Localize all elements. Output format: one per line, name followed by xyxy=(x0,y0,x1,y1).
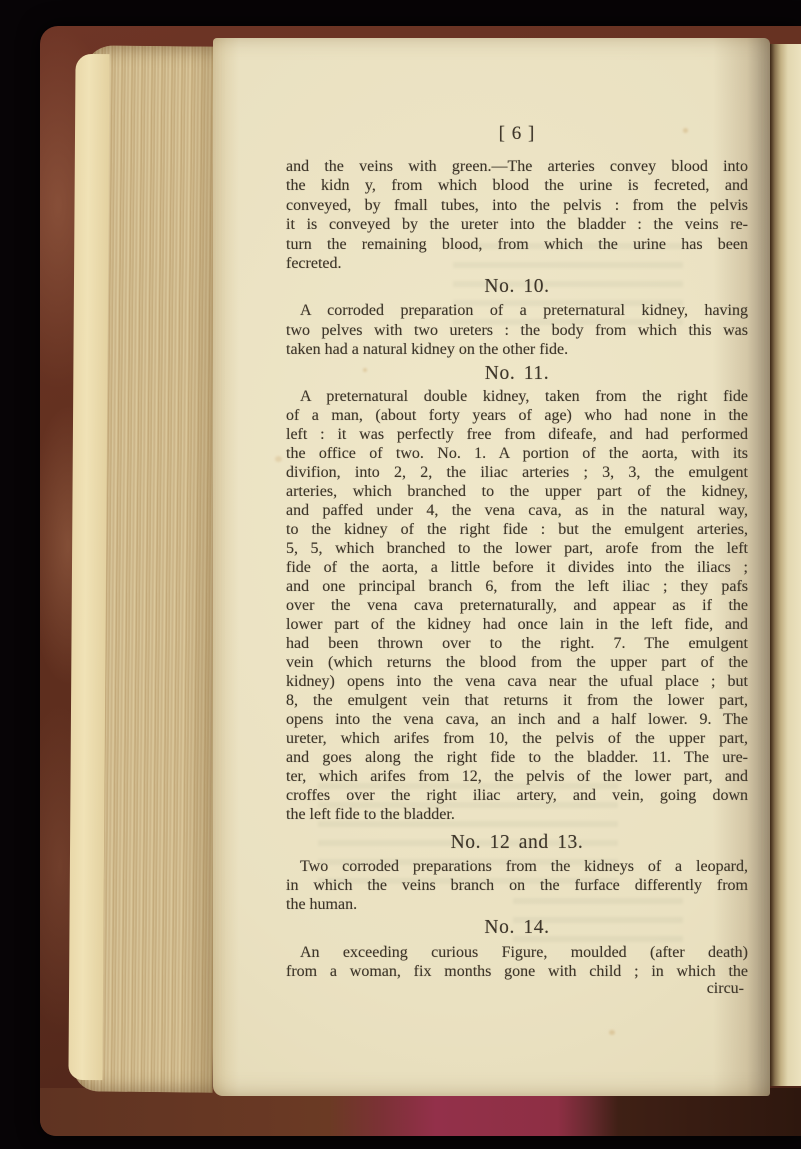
endpaper-edge xyxy=(68,54,109,1080)
text-line: vein (which returns the blood from the u… xyxy=(286,653,748,672)
text-line: and paffed under 4, the vena cava, as in… xyxy=(286,501,748,520)
text-line: kidney) opens into the vena cava near th… xyxy=(286,672,748,691)
text-line: arteries, which branched to the upper pa… xyxy=(286,482,748,501)
text-line: and the veins with green.—The arteries c… xyxy=(286,157,748,176)
text-line: divifion, into 2, 2, the iliac arteries … xyxy=(286,463,748,482)
facing-page-edge xyxy=(768,44,801,1086)
text-line: taken had a natural kidney on the other … xyxy=(286,340,748,359)
text-column: [ 6 ]and the veins with green.—The arter… xyxy=(286,38,748,998)
text-line: from a woman, fix months gone with child… xyxy=(286,962,748,981)
text-line: croffes over the right iliac artery, and… xyxy=(286,786,748,805)
paragraph: A preternatural double kidney, taken fro… xyxy=(286,387,748,824)
text-line: the left fide to the bladder. xyxy=(286,805,748,824)
text-line: conveyed, by fmall tubes, into the pelvi… xyxy=(286,196,748,215)
paragraph: An exceeding curious Figure, moulded (af… xyxy=(286,943,748,982)
text-line: the office of two. No. 1. A portion of t… xyxy=(286,444,748,463)
text-line: A corroded preparation of a preternatura… xyxy=(286,301,748,320)
text-line: to the kidney of the right fide : but th… xyxy=(286,520,748,539)
text-line: A preternatural double kidney, taken fro… xyxy=(286,387,748,406)
paragraph: and the veins with green.—The arteries c… xyxy=(286,157,748,273)
section-heading: No. 14. xyxy=(286,916,748,940)
text-line: turn the remaining blood, from which the… xyxy=(286,235,748,254)
text-line: 8, the emulgent vein that returns it fro… xyxy=(286,691,748,710)
text-line: over the vena cava preternaturally, and … xyxy=(286,596,748,615)
section-heading: No. 12 and 13. xyxy=(286,831,748,855)
foxing-spot xyxy=(609,1030,615,1035)
book-page: [ 6 ]and the veins with green.—The arter… xyxy=(213,38,770,1096)
text-line: in which the veins branch on the furface… xyxy=(286,876,748,895)
paragraph: A corroded preparation of a preternatura… xyxy=(286,301,748,359)
text-line: two pelves with two ureters : the body f… xyxy=(286,321,748,340)
section-heading: No. 11. xyxy=(286,362,748,386)
text-line: it is conveyed by the ureter into the bl… xyxy=(286,215,748,234)
text-line: fecreted. xyxy=(286,254,748,273)
text-line: ter, which arifes from 12, the pelvis of… xyxy=(286,767,748,786)
text-line: fide of the aorta, a little before it di… xyxy=(286,558,748,577)
text-line: left : it was perfectly free from difeaf… xyxy=(286,425,748,444)
text-line: ureter, which arifes from 10, the pelvis… xyxy=(286,729,748,748)
paragraph: Two corroded preparations from the kidne… xyxy=(286,857,748,915)
text-line: opens into the vena cava, an inch and a … xyxy=(286,710,748,729)
foxing-spot xyxy=(275,456,282,462)
text-line: and goes along the right fide to the bla… xyxy=(286,748,748,767)
text-line: the human. xyxy=(286,895,748,914)
text-line: of a man, (about forty years of age) who… xyxy=(286,406,748,425)
section-heading: No. 10. xyxy=(286,275,748,299)
text-line: 5, 5, which branched to the lower part, … xyxy=(286,539,748,558)
text-line: the kidn y, from which blood the urine i… xyxy=(286,176,748,195)
text-line: Two corroded preparations from the kidne… xyxy=(286,857,748,876)
text-line: had been thrown over to the right. 7. Th… xyxy=(286,634,748,653)
photo-background: { "book": { "description_colors": { "bac… xyxy=(0,0,801,1149)
text-line: An exceeding curious Figure, moulded (af… xyxy=(286,943,748,962)
text-line: and one principal branch 6, from the lef… xyxy=(286,577,748,596)
page-number: [ 6 ] xyxy=(286,122,748,146)
text-line: lower part of the kidney had once lain i… xyxy=(286,615,748,634)
